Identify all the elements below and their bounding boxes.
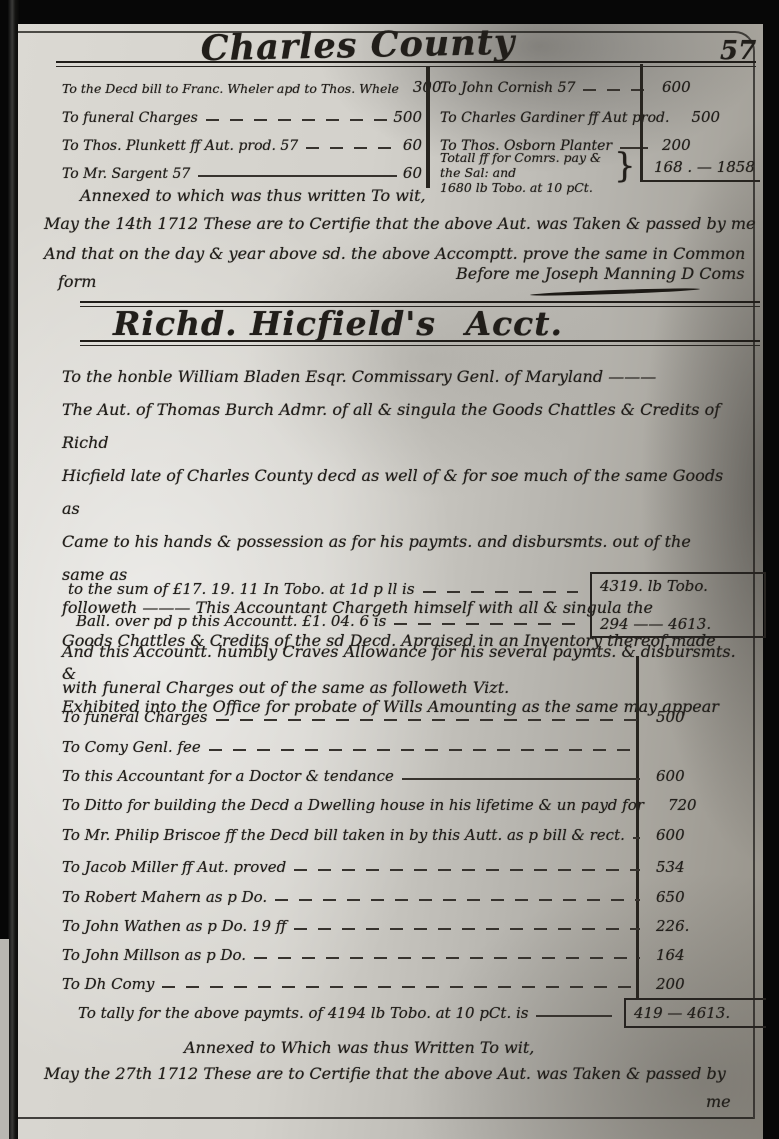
leader-line (206, 119, 388, 121)
total-label: To tally for the above paymts. of 4194 l… (78, 1004, 528, 1022)
entry-label: To funeral Charges (62, 708, 208, 726)
table-row: to the sum of £17. 19. 11 In Tobo. at 1d… (68, 580, 584, 598)
table-row: To Dh Comy 200 (62, 975, 708, 993)
entry-label: To John Millson as p Do. (62, 946, 246, 964)
entry-amount: 60 (403, 164, 422, 182)
certification-line: And that on the day & year above sd. the… (44, 244, 760, 263)
leader-line (633, 837, 640, 839)
sum-amount: 294 —— 4613. (600, 615, 756, 633)
brace-glyph: } (614, 146, 636, 186)
leader-line (536, 1015, 612, 1017)
entry-label: To Thos. Plunkett ff Aut. prod. 57 (62, 138, 298, 154)
entry-amount: 500 (683, 108, 720, 126)
leader-line (423, 591, 578, 593)
leader-line (394, 623, 578, 625)
leader-line (162, 986, 640, 988)
craves-line: with funeral Charges out of the same as … (62, 678, 742, 697)
account-paragraph: To the honble William Bladen Esqr. Commi… (62, 360, 730, 723)
leader-line (275, 899, 640, 901)
total-amount: 419 — 4613. (634, 1004, 730, 1022)
certification-me: me (706, 1092, 731, 1111)
entry-label: To Robert Mahern as p Do. (62, 888, 267, 906)
entry-amount: 200 (654, 136, 706, 154)
leader-line (306, 147, 397, 149)
total-amount-box: 419 — 4613. (624, 998, 766, 1028)
entry-amount: 600 (654, 78, 706, 96)
table-row: To this Accountant for a Doctor & tendan… (62, 767, 708, 785)
entry-label: To funeral Charges (62, 110, 198, 126)
certification-line: May the 14th 1712 These are to Certifie … (44, 214, 760, 233)
paragraph-line: Hicfield late of Charles County decd as … (62, 459, 730, 525)
leader-line (216, 719, 641, 721)
total-amount: 168 . — 1858 (654, 158, 755, 176)
column-divider-rule (426, 66, 430, 188)
total-label-line1: Totall ff for Comrs. pay & the Sal: and (440, 150, 620, 180)
table-row: To tally for the above paymts. of 4194 l… (78, 1004, 618, 1022)
entry-label: Ball. over pd p this Accountt. £1. 04. 6… (76, 612, 386, 630)
account-holder-name: Richd. Hicfield's (113, 304, 436, 343)
entry-amount: 600 (646, 826, 708, 844)
account-heading-suffix: Acct. (465, 304, 563, 343)
leader-line (254, 957, 640, 959)
clerk-signature: Before me Joseph Manning D Coms (456, 264, 745, 283)
table-row: To Comy Genl. fee (62, 738, 708, 756)
entry-amount: 500 (393, 108, 422, 126)
entry-label: To Mr. Philip Briscoe ff the Decd bill t… (62, 826, 625, 844)
leader-line (294, 869, 640, 871)
table-row: To Thos. Plunkett ff Aut. prod. 57 60 (62, 136, 422, 154)
entry-label: To John Cornish 57 (440, 80, 575, 96)
table-row: To funeral Charges 500 (62, 708, 708, 726)
entry-amount: 534 (646, 858, 708, 876)
leader-line (583, 89, 648, 91)
paragraph-line: The Aut. of Thomas Burch Admr. of all & … (62, 393, 730, 459)
entry-label: to the sum of £17. 19. 11 In Tobo. at 1d… (68, 580, 415, 598)
entry-amount: 600 (646, 767, 708, 785)
header-rule (56, 61, 756, 67)
entry-amount: 720 (658, 796, 708, 814)
table-row: To Jacob Miller ff Aut. proved 534 (62, 858, 708, 876)
entry-label: To Ditto for building the Decd a Dwellin… (62, 796, 644, 814)
annexed-note: Annexed to which was thus written To wit… (80, 186, 426, 205)
entry-label: To Charles Gardiner ff Aut prod. (440, 110, 669, 126)
annexed-note: Annexed to Which was thus Written To wit… (184, 1038, 534, 1057)
table-row: To Ditto for building the Decd a Dwellin… (62, 796, 708, 814)
entry-label: To Comy Genl. fee (62, 738, 201, 756)
entry-amount: 164 (646, 946, 708, 964)
certification-line: May the 27th 1712 These are to Certifie … (44, 1064, 756, 1083)
leader-line (209, 749, 640, 751)
craves-line: And this Accountt. humbly Craves Allowan… (62, 642, 742, 661)
table-row: To Charles Gardiner ff Aut prod. 500 (440, 108, 706, 126)
certification-line: form (58, 272, 96, 291)
sum-amount-box: 4319. lb Tobo. 294 —— 4613. (590, 572, 766, 638)
entry-amount: 226. (646, 917, 708, 935)
table-row: To Robert Mahern as p Do. 650 (62, 888, 708, 906)
total-label: Totall ff for Comrs. pay & the Sal: and … (440, 150, 620, 195)
total-rule-tick (640, 152, 643, 180)
total-underline (640, 180, 760, 182)
opposite-page-sliver (0, 939, 9, 1139)
ledger-page: Charles County 57 To the Decd bill to Fr… (18, 24, 763, 1139)
leader-line (198, 175, 397, 177)
leader-line (402, 778, 640, 780)
table-row: To John Cornish 57 600 (440, 78, 706, 96)
entry-label: To Mr. Sargent 57 (62, 166, 190, 182)
scanned-ledger-photo: Charles County 57 To the Decd bill to Fr… (0, 0, 779, 1139)
table-row: To Mr. Philip Briscoe ff the Decd bill t… (62, 826, 708, 844)
entry-label: To this Accountant for a Doctor & tendan… (62, 767, 394, 785)
entry-amount: 500 (646, 708, 708, 726)
table-row: To John Wathen as p Do. 19 ff 226. (62, 917, 708, 935)
account-heading: Richd. Hicfield's Acct. (113, 304, 563, 343)
table-row: To funeral Charges 500 (62, 108, 422, 126)
entry-label: To John Wathen as p Do. 19 ff (62, 917, 286, 935)
paragraph-line: To the honble William Bladen Esqr. Commi… (62, 360, 730, 393)
table-row: To Mr. Sargent 57 60 (62, 164, 422, 182)
leader-line (294, 928, 640, 930)
entry-label: To Dh Comy (62, 975, 154, 993)
entry-amount: 200 (646, 975, 708, 993)
table-row: To John Millson as p Do. 164 (62, 946, 708, 964)
sum-amount: 4319. lb Tobo. (600, 577, 756, 595)
entry-amount: 650 (646, 888, 708, 906)
total-label-line2: 1680 lb Tobo. at 10 pCt. (440, 180, 620, 195)
table-row: Ball. over pd p this Accountt. £1. 04. 6… (76, 612, 584, 630)
entry-label: To the Decd bill to Franc. Wheler apd to… (62, 81, 399, 96)
entry-label: To Jacob Miller ff Aut. proved (62, 858, 286, 876)
entry-amount: 60 (403, 136, 422, 154)
table-row: To the Decd bill to Franc. Wheler apd to… (62, 78, 422, 96)
